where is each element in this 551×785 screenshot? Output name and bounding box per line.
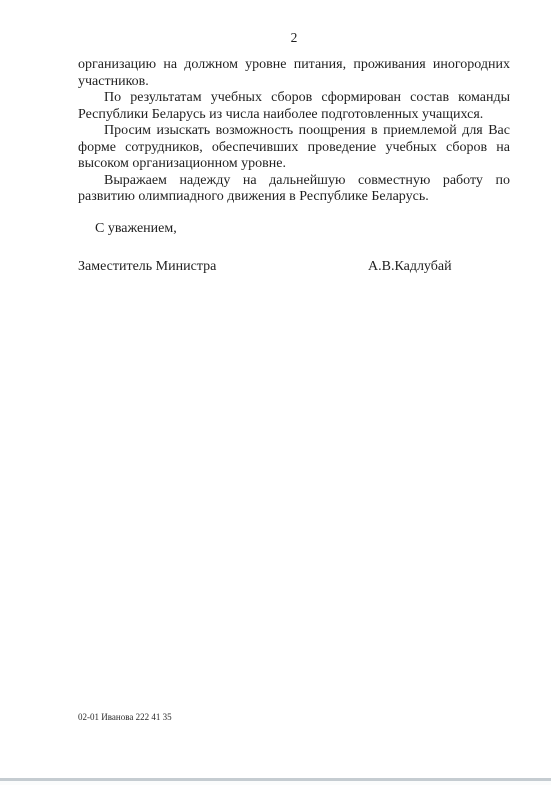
- signature-row: Заместитель Министра А.В.Кадлубай: [78, 259, 510, 276]
- paragraph: Выражаем надежду на дальнейшую совместну…: [78, 173, 510, 206]
- text-line: Выражаем надежду на дальнейшую совместну…: [78, 173, 510, 190]
- text-line: Просим изыскать возможность поощрения в …: [78, 123, 510, 140]
- text-line: форме сотрудников, обеспечивших проведен…: [78, 140, 510, 157]
- text-line: развитию олимпиадного движения в Республ…: [78, 189, 510, 206]
- text-line: участников.: [78, 74, 510, 91]
- page-number: 2: [78, 30, 510, 46]
- paragraph: По результатам учебных сборов сформирова…: [78, 90, 510, 123]
- signer-name: А.В.Кадлубай: [368, 259, 452, 276]
- signer-position: Заместитель Министра: [78, 259, 216, 276]
- executor-footer-note: 02-01 Иванова 222 41 35: [78, 712, 172, 723]
- text-line: Республики Беларусь из числа наиболее по…: [78, 107, 510, 124]
- paragraph: Просим изыскать возможность поощрения в …: [78, 123, 510, 173]
- closing-salutation: С уважением,: [78, 221, 510, 238]
- paragraph: организацию на должном уровне питания, п…: [78, 57, 510, 90]
- text-line: высоком организационном уровне.: [78, 156, 510, 173]
- text-line: По результатам учебных сборов сформирова…: [78, 90, 510, 107]
- text-line: организацию на должном уровне питания, п…: [78, 57, 510, 74]
- letter-body: организацию на должном уровне питания, п…: [78, 57, 510, 206]
- page-gap-area: [0, 781, 551, 785]
- document-page: 2 организацию на должном уровне питания,…: [0, 0, 551, 785]
